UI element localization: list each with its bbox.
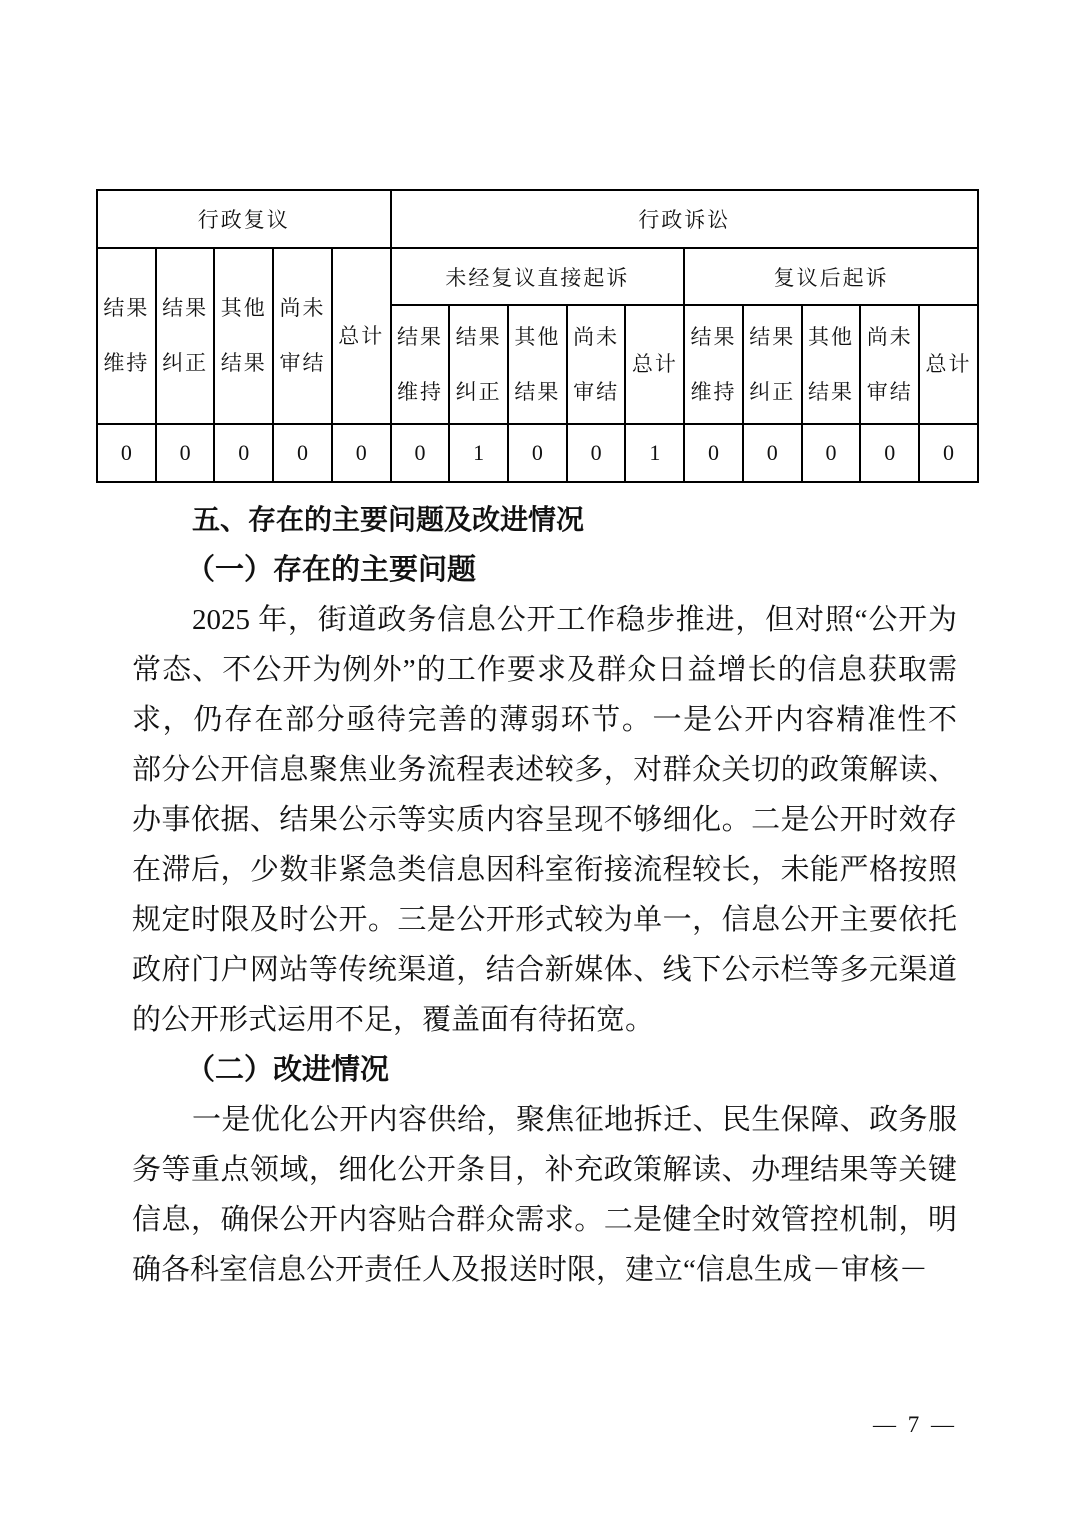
table-cell-value: 0 xyxy=(391,424,450,482)
table-cell-value: 0 xyxy=(97,424,156,482)
col-header-not-concluded: 尚未 审结 xyxy=(567,305,626,424)
col-header-result-corrected: 结果 纠正 xyxy=(156,248,215,424)
paragraph-line: 务等重点领域，细化公开条目，补充政策解读、办理结果等关键 xyxy=(132,1145,957,1195)
table-cell-value: 0 xyxy=(332,424,391,482)
paragraph-line: 信息，确保公开内容贴合群众需求。二是健全时效管控机制，明 xyxy=(132,1195,957,1245)
paragraph-problems: 2025 年，街道政务信息公开工作稳步推进，但对照“公开为 常态、不公开为例外”… xyxy=(132,595,957,1045)
section-heading-main: 五、存在的主要问题及改进情况 xyxy=(132,495,957,545)
table-cell-value: 1 xyxy=(625,424,684,482)
paragraph-line: 办事依据、结果公示等实质内容呈现不够细化。二是公开时效存 xyxy=(132,795,957,845)
paragraph-line: 政府门户网站等传统渠道，结合新媒体、线下公示栏等多元渠道 xyxy=(132,945,957,995)
table-cell-value: 0 xyxy=(919,424,978,482)
col-header-result-upheld: 结果 维持 xyxy=(97,248,156,424)
col-header-not-concluded: 尚未 审结 xyxy=(273,248,332,424)
paragraph-line: 确各科室信息公开责任人及报送时限，建立“信息生成－审核－ xyxy=(132,1245,957,1295)
paragraph-line: 2025 年，街道政务信息公开工作稳步推进，但对照“公开为 xyxy=(132,595,957,645)
section-heading-improvements: （二）改进情况 xyxy=(132,1045,957,1095)
col-header-total: 总计 xyxy=(625,305,684,424)
col-header-other-result: 其他 结果 xyxy=(214,248,273,424)
table-cell-value: 1 xyxy=(449,424,508,482)
col-header-total: 总计 xyxy=(332,248,391,424)
paragraph-line: 规定时限及时公开。三是公开形式较为单一，信息公开主要依托 xyxy=(132,895,957,945)
col-header-result-upheld: 结果 维持 xyxy=(684,305,743,424)
section-heading-problems: （一）存在的主要问题 xyxy=(132,545,957,595)
table-cell-value: 0 xyxy=(743,424,802,482)
table-cell-value: 0 xyxy=(567,424,626,482)
document-body: 五、存在的主要问题及改进情况 （一）存在的主要问题 2025 年，街道政务信息公… xyxy=(132,495,957,1295)
table-cell-value: 0 xyxy=(273,424,332,482)
paragraph-line: 求，仍存在部分亟待完善的薄弱环节。一是公开内容精准性不足， xyxy=(132,695,957,745)
paragraph-improvements: 一是优化公开内容供给，聚焦征地拆迁、民生保障、政务服 务等重点领域，细化公开条目… xyxy=(132,1095,957,1295)
col-header-result-corrected: 结果 纠正 xyxy=(743,305,802,424)
col-header-not-concluded: 尚未 审结 xyxy=(860,305,919,424)
paragraph-line: 的公开形式运用不足，覆盖面有待拓宽。 xyxy=(132,995,957,1045)
page-number: — 7 — xyxy=(873,1408,957,1442)
col-header-other-result: 其他 结果 xyxy=(802,305,861,424)
col-header-other-result: 其他 结果 xyxy=(508,305,567,424)
litigation-statistics-table: 行政复议 行政诉讼 结果 维持 结果 纠正 其他 结果 尚未 审结 总计 未经复… xyxy=(96,189,979,483)
paragraph-line: 一是优化公开内容供给，聚焦征地拆迁、民生保障、政务服 xyxy=(132,1095,957,1145)
table-cell-value: 0 xyxy=(860,424,919,482)
subheader-direct-suit: 未经复议直接起诉 xyxy=(391,248,685,305)
table-cell-value: 0 xyxy=(802,424,861,482)
table-cell-value: 0 xyxy=(214,424,273,482)
paragraph-line: 常态、不公开为例外”的工作要求及群众日益增长的信息获取需 xyxy=(132,645,957,695)
paragraph-line: 在滞后，少数非紧急类信息因科室衔接流程较长，未能严格按照 xyxy=(132,845,957,895)
table-header-administrative-reconsideration: 行政复议 xyxy=(97,190,391,248)
table-cell-value: 0 xyxy=(508,424,567,482)
paragraph-line: 部分公开信息聚焦业务流程表述较多，对群众关切的政策解读、 xyxy=(132,745,957,795)
table-header-administrative-litigation: 行政诉讼 xyxy=(391,190,978,248)
col-header-total: 总计 xyxy=(919,305,978,424)
subheader-suit-after-review: 复议后起诉 xyxy=(684,248,978,305)
col-header-result-upheld: 结果 维持 xyxy=(391,305,450,424)
table-cell-value: 0 xyxy=(684,424,743,482)
col-header-result-corrected: 结果 纠正 xyxy=(449,305,508,424)
table-cell-value: 0 xyxy=(156,424,215,482)
